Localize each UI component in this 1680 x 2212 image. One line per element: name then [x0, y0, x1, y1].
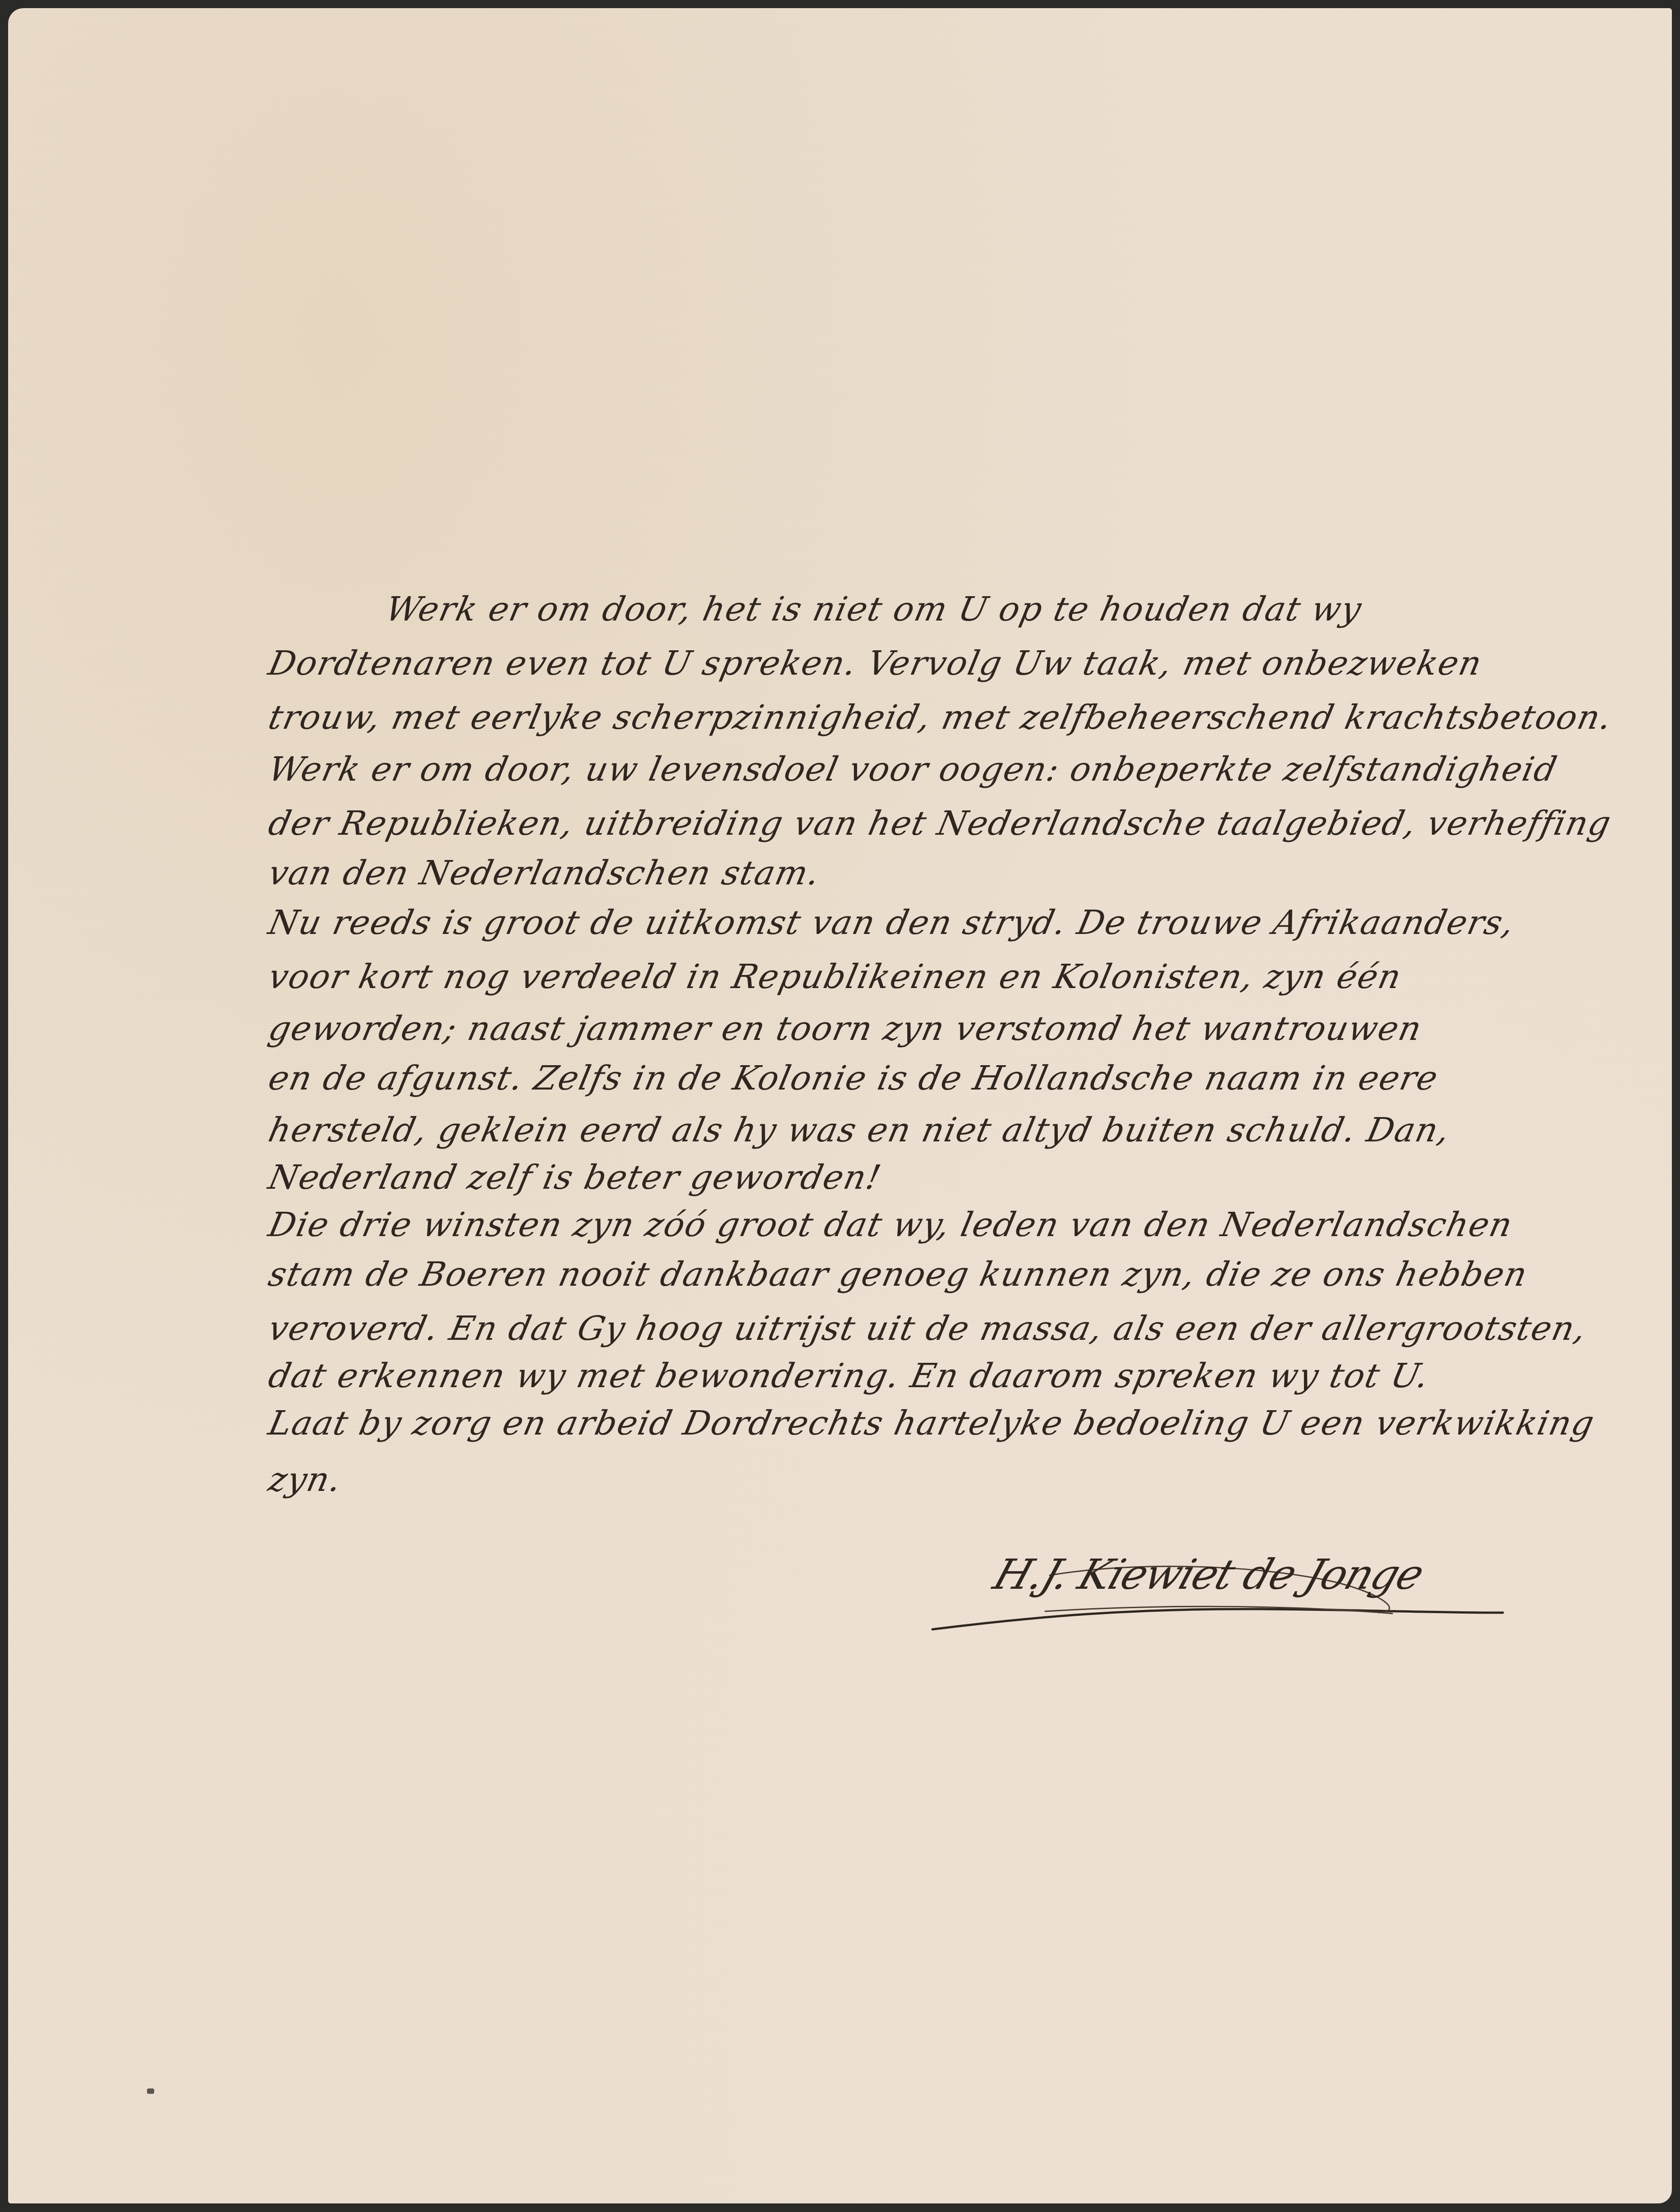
letter-line: van den Nederlandschen stam. — [265, 854, 824, 892]
letter-line: stam de Boeren nooit dankbaar genoeg kun… — [265, 1255, 1531, 1294]
ink-dot — [147, 2088, 154, 2094]
letter-line: Dordtenaren even tot U spreken. Vervolg … — [265, 644, 1486, 683]
letter-line: Laat by zorg en arbeid Dordrechts hartel… — [265, 1404, 1598, 1443]
letter-line: Nederland zelf is beter geworden! — [265, 1158, 885, 1197]
signature: H.J. Kiewiet de Jonge — [928, 1537, 1510, 1636]
letter-line: Werk er om door, het is niet om U op te … — [382, 590, 1366, 629]
letter-line: veroverd. En dat Gy hoog uitrijst uit de… — [265, 1309, 1590, 1348]
letter-line: Werk er om door, uw levensdoel voor ooge… — [265, 750, 1561, 789]
letter-line: hersteld, geklein eerd als hy was en nie… — [265, 1111, 1454, 1150]
signature-text: H.J. Kiewiet de Jonge — [988, 1550, 1429, 1599]
letter-line: dat erkennen wy met bewondering. En daar… — [265, 1357, 1433, 1395]
letter-line: der Republieken, uitbreiding van het Ned… — [265, 804, 1615, 843]
letter-line: zyn. — [265, 1460, 345, 1499]
letter-paper: Werk er om door, het is niet om U op te … — [8, 8, 1672, 2203]
letter-line: Nu reeds is groot de uitkomst van den st… — [265, 903, 1519, 942]
letter-line: trouw, met eerlyke scherpzinnigheid, met… — [265, 698, 1616, 737]
letter-line: geworden; naast jammer en toorn zyn vers… — [265, 1009, 1426, 1048]
letter-line: en de afgunst. Zelfs in de Kolonie is de… — [265, 1059, 1442, 1098]
letter-line: voor kort nog verdeeld in Republikeinen … — [265, 957, 1405, 996]
letter-line: Die drie winsten zyn zóó groot dat wy, l… — [265, 1205, 1516, 1244]
